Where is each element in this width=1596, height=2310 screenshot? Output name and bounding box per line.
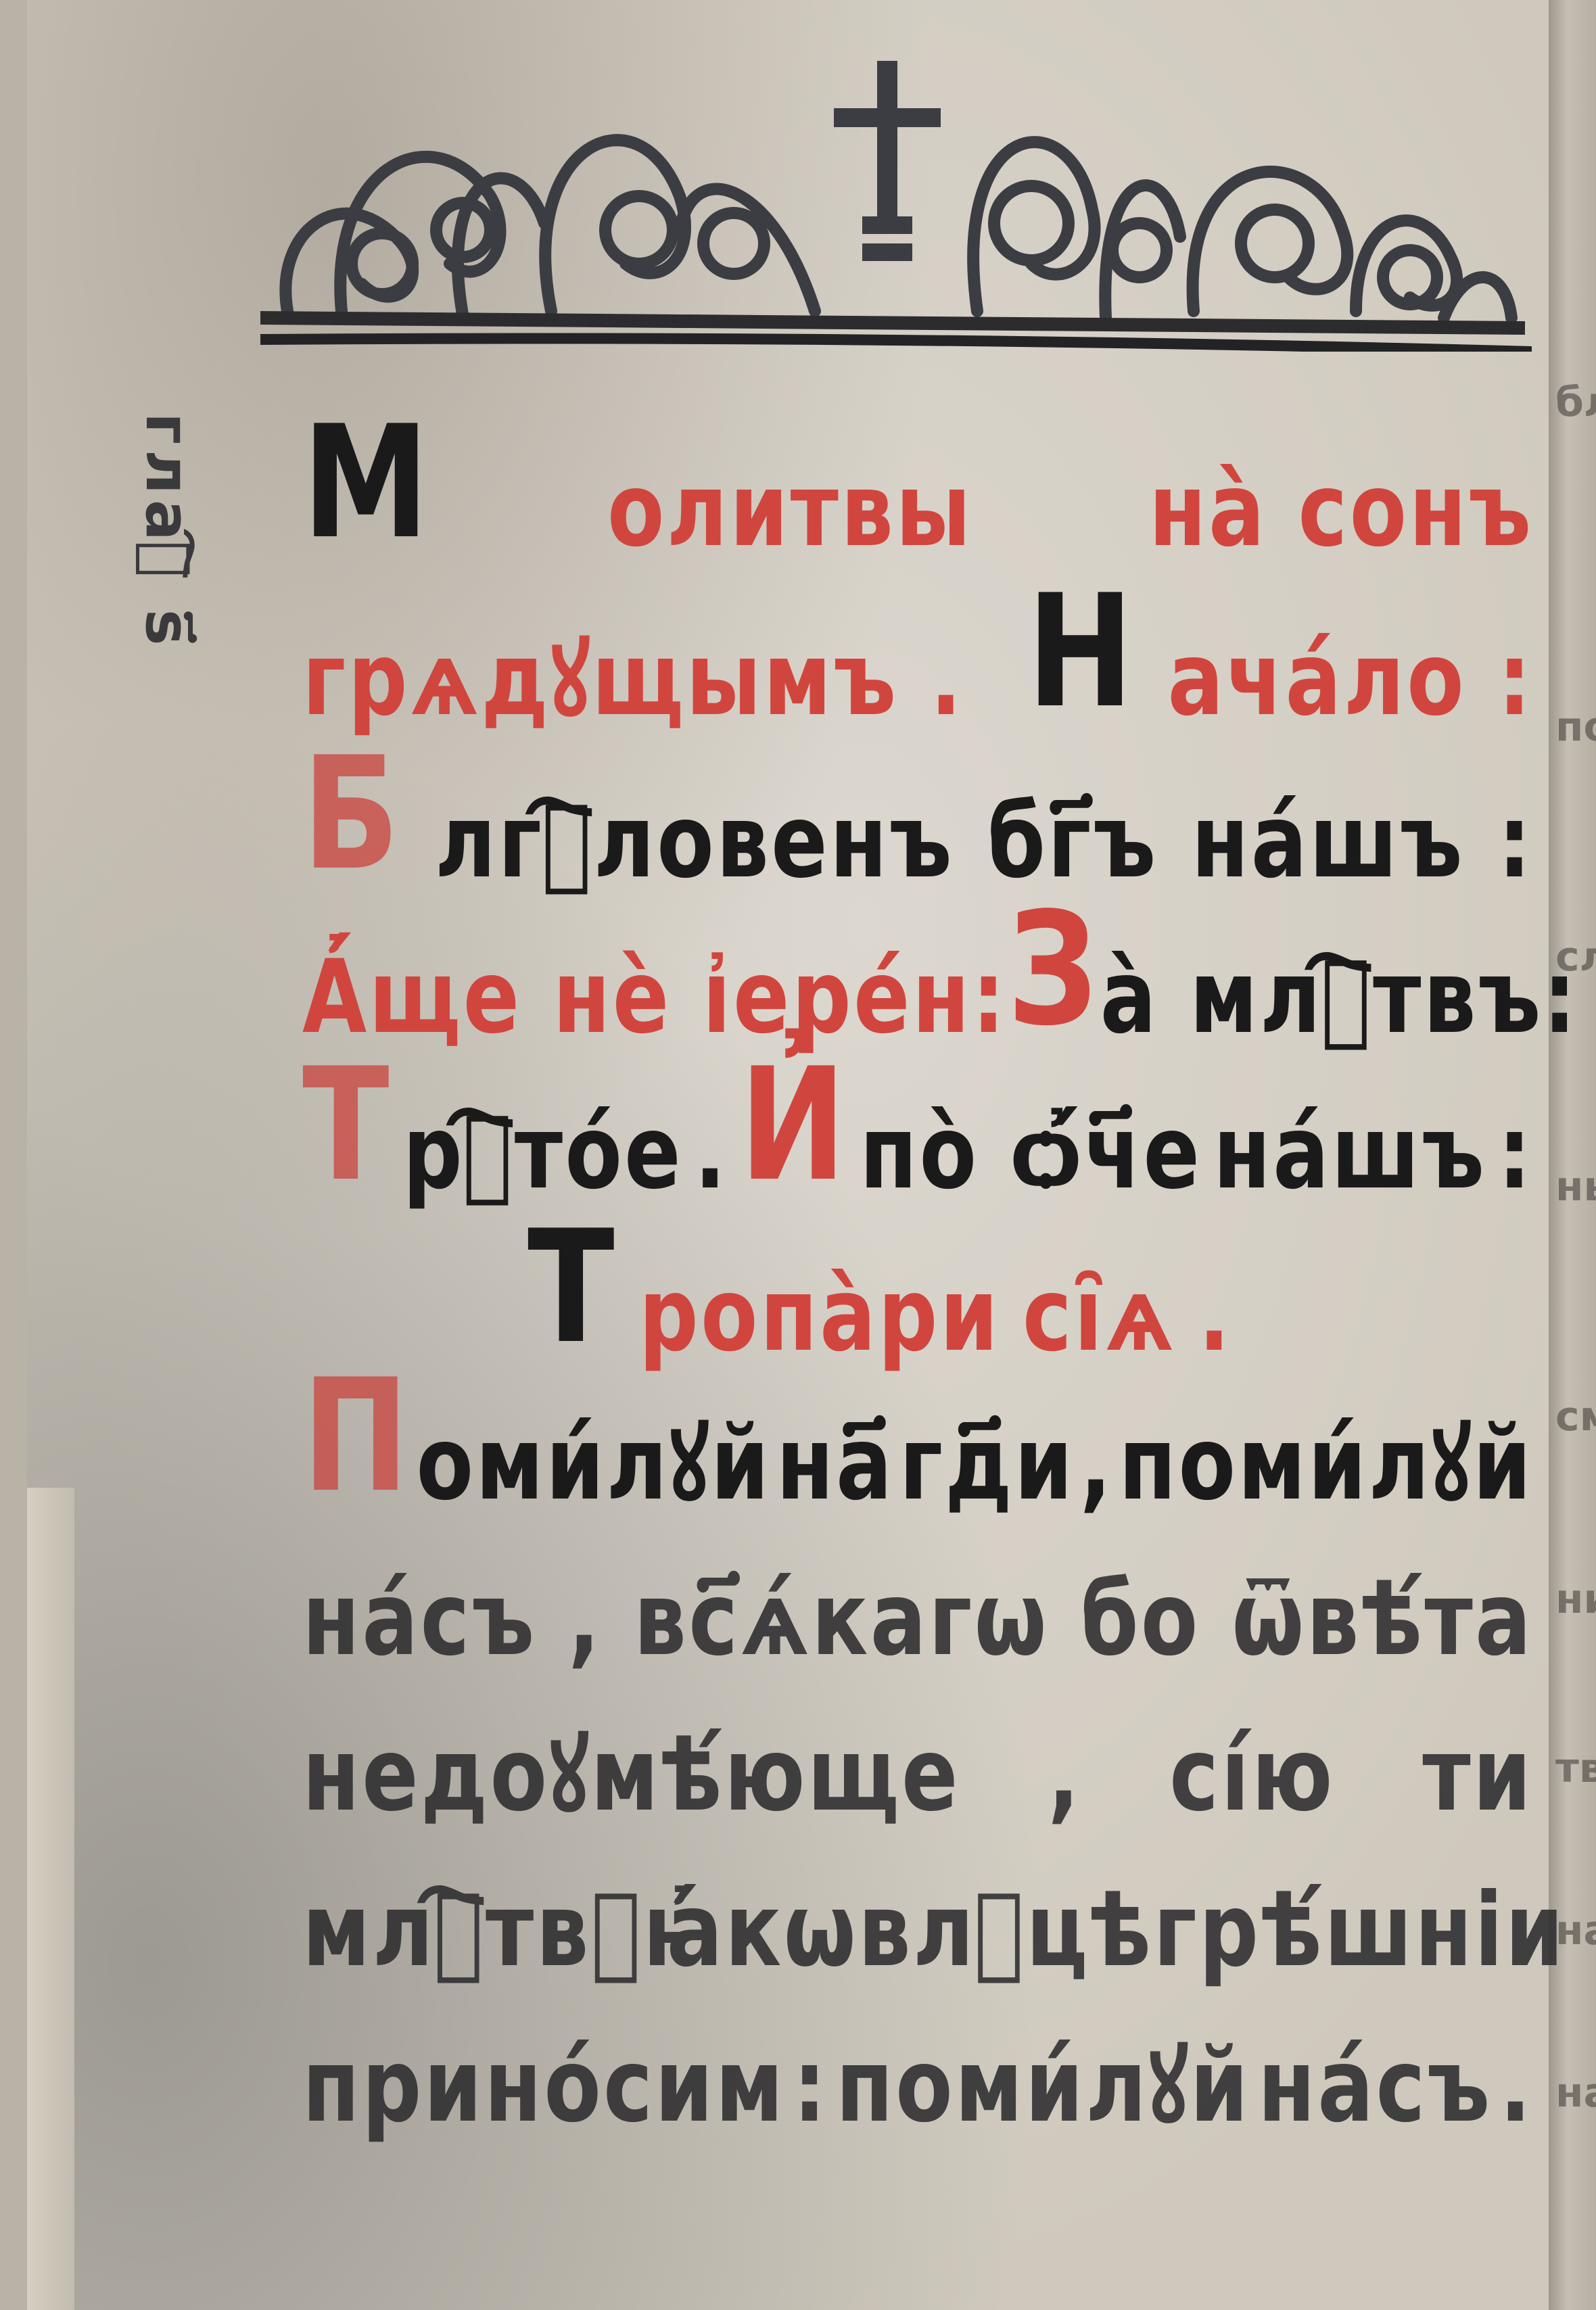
- text-word: на́шъ: [1213, 1102, 1486, 1204]
- adjacent-page-fragment: бл: [1555, 379, 1596, 426]
- punctuation: :: [1498, 629, 1533, 730]
- title-word: на̀ сонъ: [1149, 460, 1534, 561]
- page-edge: [27, 1488, 74, 2310]
- initial-letter: Т: [527, 1210, 617, 1366]
- initial-letter: З: [1008, 893, 1100, 1048]
- title-word: грѧдꙋщымъ: [302, 629, 898, 730]
- punctuation: ,: [1080, 1413, 1114, 1515]
- adjacent-page-fragment: ны: [1555, 1163, 1596, 1210]
- heading-word: ропа̀ри: [639, 1265, 1000, 1366]
- initial-letter: Б: [302, 737, 402, 893]
- punctuation: .: [695, 1102, 728, 1204]
- punctuation: :: [1498, 791, 1533, 893]
- text-word: недоꙋмѣ́юще: [302, 1724, 960, 1826]
- punctuation: ,: [1048, 1724, 1081, 1826]
- text-word: ти: [1422, 1724, 1533, 1826]
- punctuation: .: [930, 629, 995, 730]
- punctuation: :: [1498, 1102, 1533, 1204]
- text-word: а̀ млⷭ҇твъ: [1100, 947, 1543, 1048]
- adjacent-page-fragment: тво: [1555, 1745, 1596, 1792]
- punctuation: :: [1543, 947, 1578, 1048]
- title-line-1: М олитвы на̀ сонъ: [302, 399, 1533, 561]
- text-word: ѿвѣ́та: [1231, 1569, 1533, 1670]
- text-word: рⷭ҇то́е: [403, 1102, 683, 1204]
- text-word: на́съ: [1258, 2035, 1492, 2137]
- initial-letter: М: [302, 406, 431, 561]
- rubric-word: А҆́ще нѐ і҆ере́н: [302, 947, 972, 1048]
- text-word: гд҃и: [899, 1413, 1075, 1515]
- text-word: на҃: [776, 1413, 895, 1515]
- text-line-3: Б лгⷭ҇ловенъ бг҃ъ на́шъ :: [302, 730, 1533, 893]
- initial-letter: И҆: [739, 1048, 848, 1204]
- initial-letter: Н: [1027, 575, 1135, 730]
- initial-letter: Т: [302, 1048, 392, 1204]
- text-word: бо: [1081, 1569, 1200, 1670]
- text-word: поми́лꙋй: [836, 2035, 1250, 2137]
- margin-note-tone: глаⷭ҇ ѕ҃: [68, 412, 203, 651]
- adjacent-page-fragment: на: [1555, 2069, 1596, 2117]
- text-line-11: прино́сим : поми́лꙋй на́съ .: [302, 1975, 1533, 2137]
- text-word: вс҃ѧ́кагѡ: [634, 1569, 1049, 1670]
- punctuation: .: [1499, 2035, 1533, 2137]
- text-word: сі́ю: [1169, 1724, 1335, 1826]
- text-line-7: П оми́лꙋй на҃ гд҃и , поми́лꙋй: [302, 1352, 1533, 1515]
- title-word: олитвы: [607, 460, 973, 561]
- text-line-4: А҆́ще нѐ і҆ере́н : З а̀ млⷭ҇твъ :: [302, 886, 1533, 1048]
- text-word: на́шъ: [1192, 791, 1465, 893]
- text-word: влⷣцѣ: [858, 1880, 1154, 1981]
- text-word: по̀ ѻ҆́ч҃е: [860, 1102, 1202, 1204]
- text-line-5: Т рⷭ҇то́е . И҆ по̀ ѻ҆́ч҃е на́шъ :: [302, 1041, 1533, 1204]
- punctuation: ,: [568, 1569, 602, 1670]
- text-word: прино́сим: [302, 2035, 786, 2137]
- text-line-9: недоꙋмѣ́юще , сі́ю ти: [302, 1664, 1533, 1826]
- punctuation: .: [1198, 1265, 1232, 1366]
- text-word: на́съ: [302, 1569, 536, 1670]
- text-word: бг҃ъ: [987, 791, 1158, 893]
- punctuation: :: [793, 2035, 828, 2137]
- adjacent-page-fragment: см: [1555, 1393, 1596, 1440]
- rubric-word: ача́ло: [1167, 629, 1465, 730]
- initial-letter: П: [302, 1359, 411, 1515]
- text-word: ꙗ҆́кѡ: [643, 1880, 858, 1981]
- title-line-2: грѧдꙋщымъ . Н ача́ло :: [302, 568, 1533, 730]
- adjacent-page-fragment: ни: [1555, 1576, 1596, 1623]
- text-line-8: на́съ , вс҃ѧ́кагѡ бо ѿвѣ́та: [302, 1508, 1533, 1670]
- text-word: грѣ́шніи: [1153, 1880, 1566, 1981]
- text-word: оми́лꙋй: [417, 1413, 772, 1515]
- punctuation: :: [972, 947, 1007, 1048]
- text-word: лгⷭ҇ловенъ: [435, 791, 954, 893]
- text-line-10: млⷭ҇твꙋ ꙗ҆́кѡ влⷣцѣ грѣ́шніи: [302, 1819, 1533, 1981]
- adjacent-page-fragment: по: [1555, 703, 1596, 751]
- section-heading: Т ропа̀ри сі̑ѧ .: [527, 1204, 1248, 1366]
- heading-word: сі̑ѧ: [1023, 1265, 1176, 1366]
- ornament-cross-icon: [260, 61, 1532, 352]
- text-word: млⷭ҇твꙋ: [302, 1880, 643, 1981]
- text-word: поми́лꙋй: [1119, 1413, 1533, 1515]
